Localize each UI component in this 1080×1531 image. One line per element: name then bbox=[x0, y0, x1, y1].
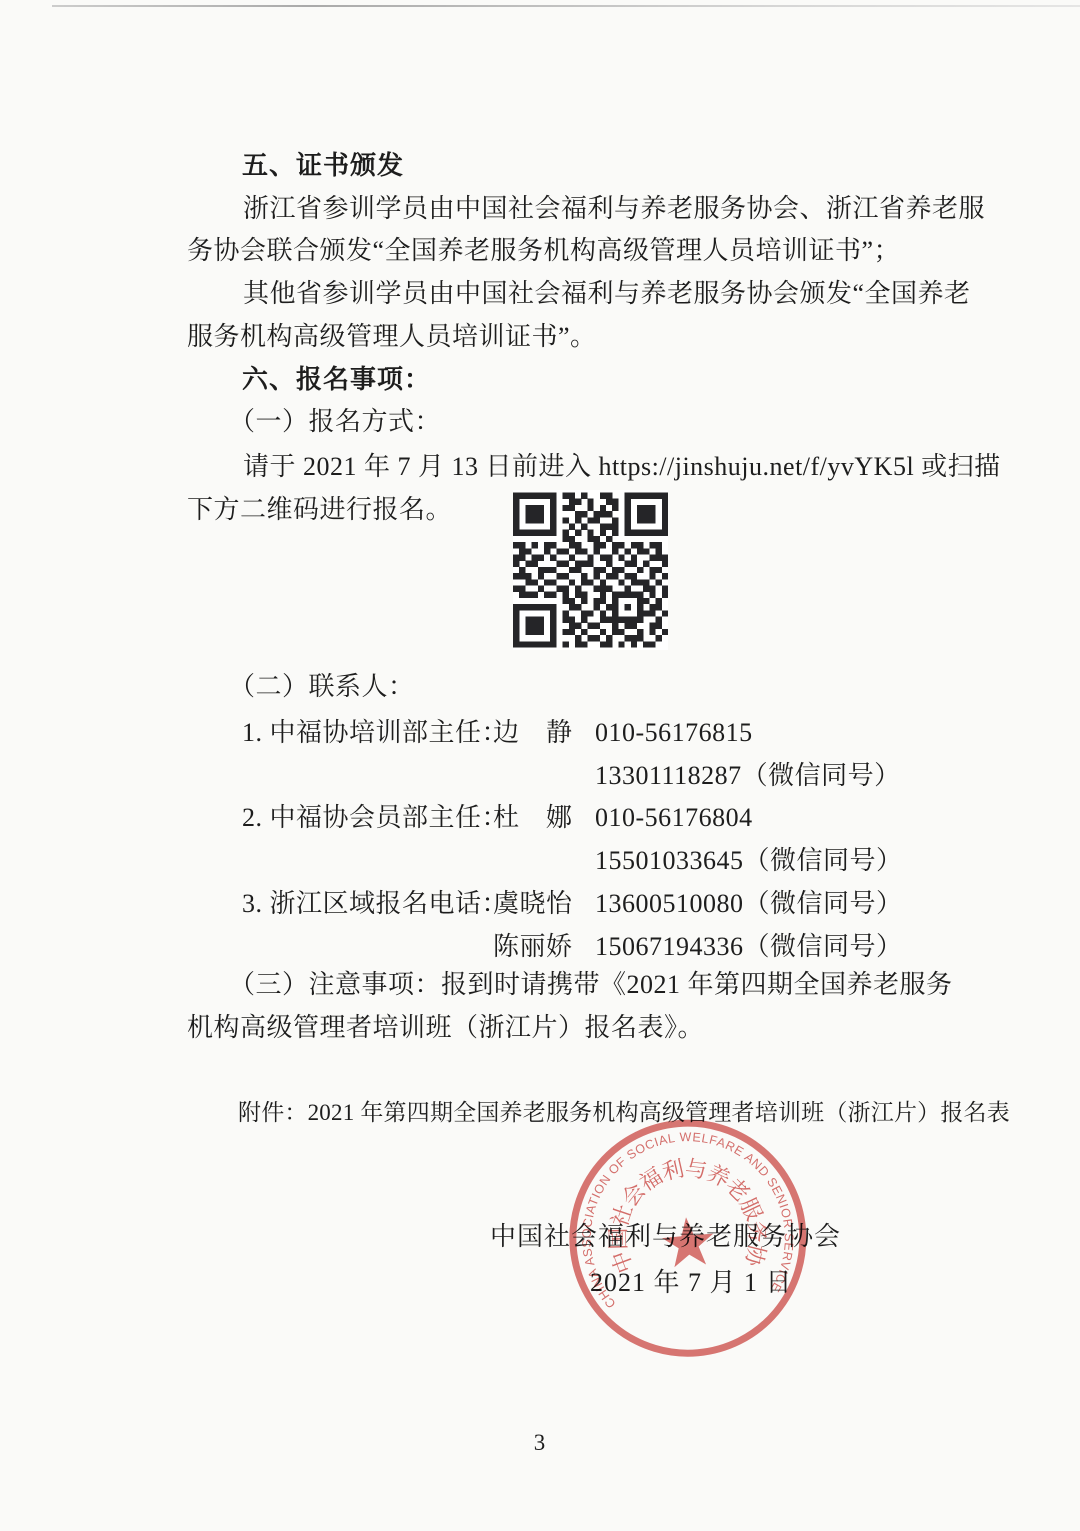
notes-line-2: 机构高级管理者培训班（浙江片）报名表》。 bbox=[187, 1011, 704, 1045]
svg-text:中国社会福利与养老服务协会: 中国社会福利与养老服务协会 bbox=[554, 1107, 773, 1288]
contact-name: 边 静 bbox=[493, 712, 595, 749]
contact-name: 虞晓怡 bbox=[493, 883, 595, 920]
contact-row: 陈丽娇15067194336（微信同号） bbox=[242, 926, 903, 963]
notes-line-1: （三）注意事项：报到时请携带《2021 年第四期全国养老服务 bbox=[229, 968, 953, 1002]
signature-date: 2021 年 7 月 1 日 bbox=[590, 1266, 793, 1300]
seal-serial-number: 1100000203556 bbox=[633, 1371, 771, 1372]
contact-label: 2. 中福协会员部主任： bbox=[242, 797, 493, 834]
section-6-heading: 六、报名事项： bbox=[242, 362, 431, 396]
contact-phone: 15067194336（微信同号） bbox=[595, 926, 903, 963]
contacts-subheading: （二）联系人： bbox=[229, 670, 415, 704]
section-5-heading: 五、证书颁发 bbox=[242, 148, 404, 182]
cert-paragraph-line-4: 服务机构高级管理人员培训证书”。 bbox=[187, 320, 597, 354]
contact-row: 2. 中福协会员部主任：杜 娜010-56176804 bbox=[242, 797, 753, 834]
scanned-document-page: 五、证书颁发 浙江省参训学员由中国社会福利与养老服务协会、浙江省养老服 务协会联… bbox=[0, 0, 1080, 1531]
method-subheading: （一）报名方式： bbox=[229, 405, 441, 439]
signature-org: 中国社会福利与养老服务协会 bbox=[490, 1220, 841, 1254]
contact-row: 1. 中福协培训部主任：边 静010-56176815 bbox=[242, 712, 753, 749]
contact-row: 15501033645（微信同号） bbox=[242, 840, 903, 877]
page-number: 3 bbox=[0, 1430, 1080, 1456]
cert-paragraph-line-3: 其他省参训学员由中国社会福利与养老服务协会颁发“全国养老 bbox=[243, 277, 971, 311]
cert-paragraph-line-2: 务协会联合颁发“全国养老服务机构高级管理人员培训证书”； bbox=[187, 234, 900, 268]
contact-label: 3. 浙江区域报名电话： bbox=[242, 883, 493, 920]
contact-name: 杜 娜 bbox=[493, 797, 595, 834]
contact-name: 陈丽娇 bbox=[493, 926, 595, 963]
method-line-1: 请于 2021 年 7 月 13 日前进入 https://jinshuju.n… bbox=[243, 450, 1001, 484]
contact-label: 1. 中福协培训部主任： bbox=[242, 712, 493, 749]
cert-paragraph-line-1: 浙江省参训学员由中国社会福利与养老服务协会、浙江省养老服 bbox=[243, 192, 985, 226]
qr-code-pattern bbox=[513, 490, 668, 650]
scan-artifact-line bbox=[52, 5, 1080, 7]
contact-phone: 13600510080（微信同号） bbox=[595, 883, 903, 920]
contact-phone: 010-56176804 bbox=[595, 803, 753, 833]
attachment-line: 附件：2021 年第四期全国养老服务机构高级管理者培训班（浙江片）报名表 bbox=[238, 1096, 1010, 1130]
svg-text:1100000203556: 1100000203556 bbox=[633, 1371, 771, 1372]
seal-chinese-text: 中国社会福利与养老服务协会 bbox=[554, 1107, 773, 1288]
contact-row: 13301118287（微信同号） bbox=[242, 755, 901, 792]
contact-phone: 15501033645（微信同号） bbox=[595, 840, 903, 877]
registration-qr-code bbox=[513, 490, 668, 650]
method-line-2: 下方二维码进行报名。 bbox=[187, 493, 452, 527]
contact-phone: 010-56176815 bbox=[595, 718, 753, 748]
contact-row: 3. 浙江区域报名电话：虞晓怡13600510080（微信同号） bbox=[242, 883, 903, 920]
contact-phone: 13301118287（微信同号） bbox=[595, 755, 901, 792]
